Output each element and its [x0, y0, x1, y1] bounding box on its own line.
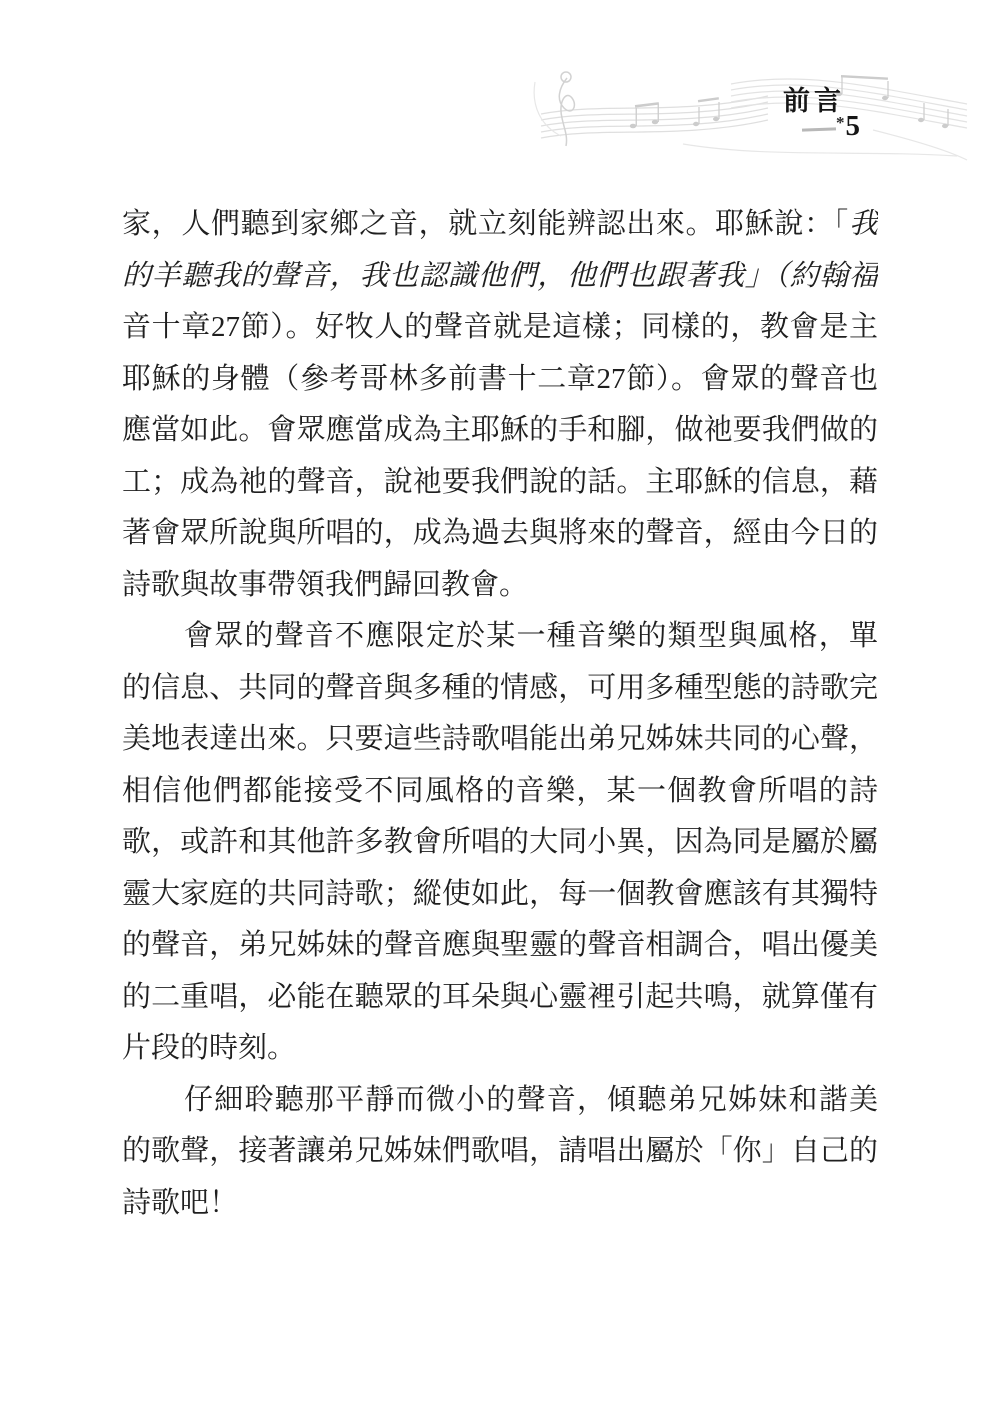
text-line: 美地表達出來。只要這些詩歌唱能出弟兄姊妹共同的心聲，: [122, 714, 878, 766]
scripture-quote-text: 我: [849, 208, 878, 240]
page-number: *5: [836, 110, 860, 143]
text-line: 的信息、共同的聲音與多種的情感，可用多種型態的詩歌完: [122, 663, 878, 715]
text-line: 家，人們聽到家鄉之音，就立刻能辨認出來。耶穌說：「我: [122, 199, 878, 251]
page-number-value: 5: [846, 110, 861, 142]
text-line: 會眾的聲音不應限定於某一種音樂的類型與風格，單一: [122, 611, 878, 663]
text-line: 相信他們都能接受不同風格的音樂，某一個教會所唱的詩: [122, 766, 878, 818]
page-number-star: *: [836, 113, 845, 132]
body-text-segment: 詩歌與故事帶領我們歸回教會。: [122, 569, 528, 601]
body-text-segment: 靈大家庭的共同詩歌；縱使如此，每一個教會應該有其獨特: [122, 878, 878, 910]
text-line: 仔細聆聽那平靜而微小的聲音，傾聽弟兄姊妹和諧美妙: [122, 1075, 878, 1127]
dash-rule: [802, 127, 836, 131]
text-line: 音十章27節）。好牧人的聲音就是這樣；同樣的，教會是主: [122, 302, 878, 354]
text-line: 的二重唱，必能在聽眾的耳朵與心靈裡引起共鳴，就算僅有: [122, 972, 878, 1024]
text-line: 歌，或許和其他許多教會所唱的大同小異，因為同是屬於屬: [122, 817, 878, 869]
body-text-segment: 應當如此。會眾應當成為主耶穌的手和腳，做祂要我們做的: [122, 414, 878, 446]
text-line: 靈大家庭的共同詩歌；縱使如此，每一個教會應該有其獨特: [122, 869, 878, 921]
text-line: 的羊聽我的聲音，我也認識他們，他們也跟著我」（約翰福: [122, 251, 878, 303]
body-text-segment: 相信他們都能接受不同風格的音樂，某一個教會所唱的詩: [122, 775, 878, 807]
body-text-segment: 歌，或許和其他許多教會所唱的大同小異，因為同是屬於屬: [122, 826, 878, 858]
body-text-segment: 的二重唱，必能在聽眾的耳朵與心靈裡引起共鳴，就算僅有: [122, 981, 878, 1013]
text-line: 詩歌吧！: [122, 1178, 878, 1230]
body-text-segment: 工；成為祂的聲音，說祂要我們說的話。主耶穌的信息，藉: [122, 466, 878, 498]
text-line: 應當如此。會眾應當成為主耶穌的手和腳，做祂要我們做的: [122, 405, 878, 457]
music-staff-decoration: [533, 64, 970, 168]
body-text-segment: 著會眾所說與所唱的，成為過去與將來的聲音，經由今日的: [122, 517, 878, 549]
text-line: 工；成為祂的聲音，說祂要我們說的話。主耶穌的信息，藉: [122, 457, 878, 509]
body-text-segment: 仔細聆聽那平靜而微小的聲音，傾聽弟兄姊妹和諧美妙: [122, 1084, 878, 1127]
body-text-segment: 家，人們聽到家鄉之音，就立刻能辨認出來。耶穌說：「: [122, 208, 849, 240]
body-text-segment: 片段的時刻。: [122, 1032, 296, 1064]
text-line: 的歌聲，接著讓弟兄姊妹們歌唱，請唱出屬於「你」自己的: [122, 1126, 878, 1178]
body-text-segment: 美地表達出來。只要這些詩歌唱能出弟兄姊妹共同的心聲，: [122, 723, 878, 755]
body-text-segment: 音十章27節）。好牧人的聲音就是這樣；同樣的，教會是主: [122, 311, 878, 343]
body-text: 家，人們聽到家鄉之音，就立刻能辨認出來。耶穌說：「我的羊聽我的聲音，我也認識他們…: [122, 199, 878, 1229]
body-text-segment: 會眾的聲音不應限定於某一種音樂的類型與風格，單一: [122, 620, 878, 663]
body-text-segment: 的聲音，弟兄姊妹的聲音應與聖靈的聲音相調合，唱出優美: [122, 929, 878, 961]
text-line: 耶穌的身體（參考哥林多前書十二章27節）。會眾的聲音也: [122, 354, 878, 406]
text-line: 詩歌與故事帶領我們歸回教會。: [122, 560, 878, 612]
body-text-segment: 耶穌的身體（參考哥林多前書十二章27節）。會眾的聲音也: [122, 363, 878, 395]
body-text-segment: 詩歌吧！: [122, 1187, 238, 1219]
treble-clef-icon: [559, 72, 574, 146]
body-text-segment: 的歌聲，接著讓弟兄姊妹們歌唱，請唱出屬於「你」自己的: [122, 1135, 878, 1167]
body-text-segment: 的信息、共同的聲音與多種的情感，可用多種型態的詩歌完: [122, 672, 878, 704]
book-page: 前言 *5 家，人們聽到家鄉之音，就立刻能辨認出來。耶穌說：「我的羊聽我的聲音，…: [0, 0, 1000, 1412]
text-line: 著會眾所說與所唱的，成為過去與將來的聲音，經由今日的: [122, 508, 878, 560]
text-line: 片段的時刻。: [122, 1023, 878, 1075]
text-line: 的聲音，弟兄姊妹的聲音應與聖靈的聲音相調合，唱出優美: [122, 920, 878, 972]
scripture-quote-text: 的羊聽我的聲音，我也認識他們，他們也跟著我」（約翰福: [122, 260, 878, 292]
